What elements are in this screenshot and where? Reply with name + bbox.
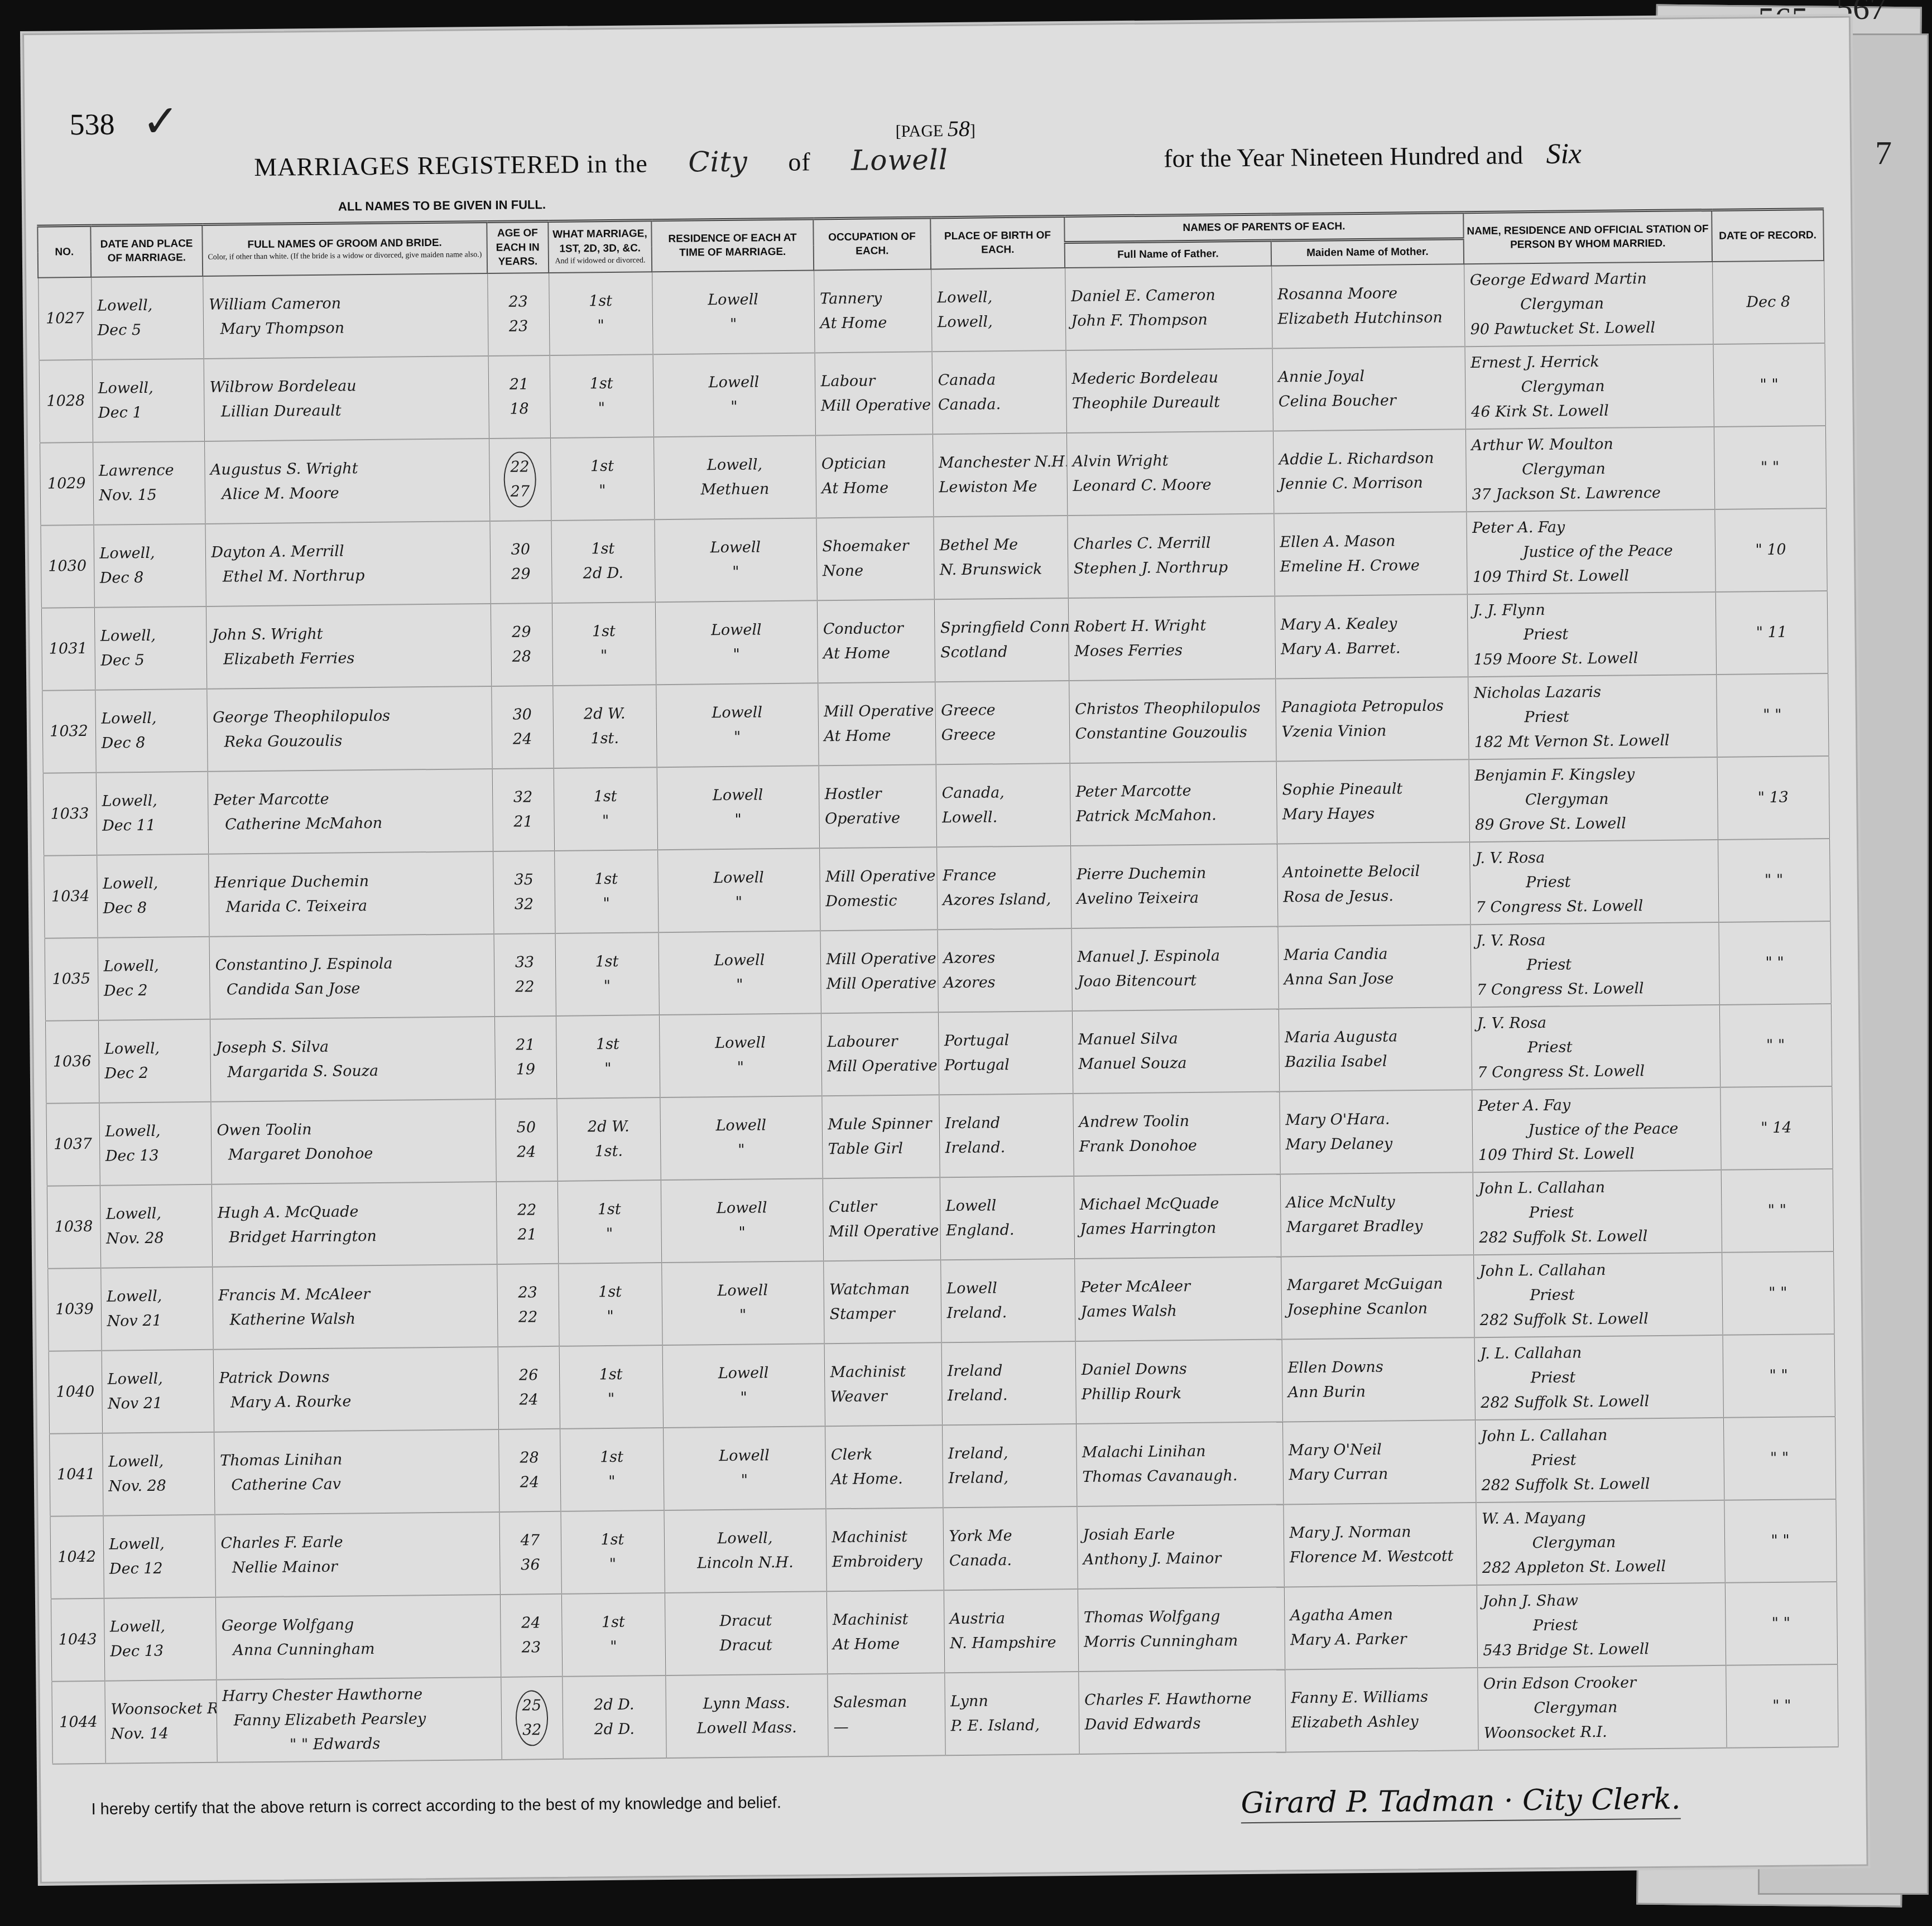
groom-father: Alvin Wright: [1073, 448, 1267, 474]
officiant-name: Arthur W. Moulton: [1472, 431, 1708, 458]
names-cell: Owen Toolin Margaret Donohoe: [210, 1099, 496, 1185]
officiant-cell: John L. Callahan Priest 282 Suffolk St. …: [1473, 1170, 1722, 1255]
officiant-title: Clergyman: [1482, 1529, 1718, 1556]
occupation-cell: Mill Operative Domestic: [819, 847, 937, 931]
groom-mother: Annie Joyal: [1278, 363, 1459, 389]
bride-age: 19: [501, 1057, 550, 1082]
entry-number-value: 1044: [57, 1710, 99, 1735]
bride-occupation: Mill Operative: [829, 1219, 934, 1244]
page-ref-label: [PAGE: [896, 122, 944, 141]
groom-father: Manuel J. Espinola: [1077, 943, 1272, 970]
birthplace-cell: France Azores Island,: [936, 846, 1071, 930]
what-marriage-cell: 1st ": [560, 1428, 664, 1511]
bride-birthplace: N. Brunswick: [940, 557, 1062, 582]
bride-mother: Rosa de Jesus.: [1283, 883, 1464, 909]
bride-age: 24: [504, 1388, 554, 1413]
marriage-place: Woonsocket R.I.: [110, 1697, 210, 1722]
bride-name: Marida C. Teixeira: [214, 893, 487, 920]
officiant-cell: J. L. Callahan Priest 282 Suffolk St. Lo…: [1474, 1335, 1723, 1420]
age-cell: 22 27: [489, 438, 551, 521]
father-cell: Manuel J. Espinola Joao Bitencourt: [1071, 926, 1278, 1011]
groom-age: 50: [501, 1115, 551, 1140]
marriage-date: Dec 11: [102, 813, 202, 839]
bride-marriage-number: ": [562, 1056, 653, 1082]
bride-marriage-number: 2d D.: [558, 561, 649, 586]
marriage-place: Lowell,: [107, 1284, 206, 1309]
bride-father: James Walsh: [1080, 1298, 1275, 1324]
what-marriage-cell: 1st ": [550, 354, 653, 438]
bride-age: 23: [493, 314, 543, 339]
date-place-cell: Lowell, Dec 5: [91, 276, 203, 360]
names-cell: Augustus S. Wright Alice M. Moore: [204, 439, 489, 524]
groom-residence: Lowell: [669, 1443, 819, 1469]
groom-father: Malachi Linihan: [1082, 1438, 1277, 1465]
age-cell: 26 24: [498, 1346, 560, 1429]
bride-occupation: Embroidery: [832, 1549, 938, 1574]
bride-father: Stephen J. Northrup: [1074, 555, 1268, 581]
subtitle: ALL NAMES TO BE GIVEN IN FULL.: [338, 198, 546, 214]
groom-age: 30: [496, 537, 545, 562]
bride-name: Margaret Donohoe: [217, 1140, 490, 1168]
officiant-name: John L. Callahan: [1481, 1422, 1718, 1449]
bride-mother: Elizabeth Ashley: [1291, 1709, 1472, 1735]
officiant-title: Priest: [1477, 1034, 1714, 1061]
date-of-record-cell: " ": [1723, 1417, 1835, 1500]
groom-marriage-number: 1st: [555, 371, 647, 397]
residence-cell: Lowell ": [654, 518, 816, 602]
birthplace-cell: Ireland Ireland.: [939, 1094, 1073, 1177]
col-header-names-label: Full Names of Groom and Bride.: [247, 237, 442, 251]
birthplace-cell: Lowell, Lowell,: [931, 268, 1065, 352]
groom-mother: Antoinette Belocil: [1283, 859, 1464, 885]
groom-father: Josiah Earle: [1083, 1521, 1277, 1547]
bride-residence: ": [669, 1467, 819, 1494]
groom-birthplace: Manchester N.H.: [939, 450, 1061, 475]
bride-residence: ": [665, 1055, 815, 1081]
bride-age: 32: [522, 1718, 542, 1742]
residence-cell: Lowell, Lincoln N.H.: [664, 1509, 826, 1593]
bride-marriage-number: ": [561, 974, 653, 999]
officiant-address: 109 Third St. Lowell: [1473, 563, 1709, 590]
bride-birthplace: England.: [946, 1217, 1068, 1243]
age-cell: 47 36: [499, 1511, 561, 1595]
occupation-cell: Labour Mill Operative: [815, 352, 933, 435]
names-cell: Constantino J. Espinola Candida San Jose: [209, 934, 494, 1019]
groom-birthplace: Portugal: [944, 1028, 1066, 1053]
what-marriage-cell: 1st ": [558, 1263, 662, 1346]
officiant-name: Peter A. Fay: [1472, 514, 1709, 541]
birthplace-cell: Bethel Me N. Brunswick: [933, 516, 1068, 599]
marriage-place: Lowell,: [106, 1201, 206, 1227]
occupation-cell: Machinist Weaver: [824, 1342, 942, 1426]
age-group: 28 24: [504, 1446, 555, 1495]
marriage-place: Lowell,: [108, 1449, 208, 1475]
father-cell: Peter McAleer James Walsh: [1074, 1256, 1281, 1341]
date-place-cell: Woonsocket R.I. Nov. 14: [104, 1680, 217, 1764]
entry-number-value: 1027: [44, 306, 85, 331]
occupation-cell: Optician At Home: [815, 434, 933, 518]
residence-cell: Lowell ": [659, 1013, 821, 1097]
entry-number-value: 1028: [45, 389, 86, 414]
groom-father: Daniel Downs: [1081, 1356, 1276, 1382]
bride-name: Alice M. Moore: [210, 480, 483, 507]
officiant-name: Orin Edson Crooker: [1483, 1670, 1720, 1697]
groom-residence: Lowell: [661, 617, 811, 643]
occupation-cell: Tannery At Home: [814, 269, 931, 353]
age-group: 21 19: [501, 1033, 551, 1082]
birthplace-cell: Greece Greece: [935, 681, 1069, 764]
what-marriage-cell: 1st ": [560, 1510, 664, 1594]
date-place-cell: Lowell, Dec 2: [98, 1019, 210, 1103]
groom-residence: Lynn Mass.: [671, 1691, 821, 1717]
residence-cell: Lowell ": [662, 1344, 825, 1428]
col-header-names-note: Color, if other than white. (If the brid…: [205, 250, 484, 263]
groom-birthplace: Ireland: [945, 1110, 1067, 1136]
residence-cell: Lowell ": [663, 1426, 825, 1510]
page-reference: [PAGE 58]: [895, 115, 975, 142]
groom-father: Pierre Duchemin: [1076, 861, 1271, 887]
bride-father: Theophile Dureault: [1072, 390, 1267, 416]
residence-cell: Lowell ": [657, 848, 820, 932]
col-header-occupation: Occupation of Each.: [813, 218, 931, 270]
bride-marriage-number: ": [564, 1221, 655, 1247]
officiant-address: 282 Suffolk St. Lowell: [1481, 1471, 1718, 1498]
bride-birthplace: Canada.: [949, 1548, 1071, 1573]
municipality-type: City: [688, 146, 748, 179]
bride-residence: ": [661, 642, 811, 668]
entry-number: 1037: [46, 1103, 99, 1186]
entry-number: 1033: [43, 773, 97, 856]
mother-cell: Margaret McGuigan Josephine Scanlon: [1281, 1255, 1474, 1339]
col-header-residence: Residence of Each at Time of Marriage.: [651, 219, 814, 272]
bride-birthplace: Ireland.: [948, 1383, 1070, 1408]
father-cell: Manuel Silva Manuel Souza: [1072, 1009, 1279, 1094]
col-header-age: Age of Each in Years.: [487, 221, 549, 273]
bride-age: 23: [506, 1635, 556, 1660]
groom-residence: Dracut: [671, 1608, 821, 1634]
marriage-place: Lowell,: [101, 706, 201, 731]
entry-number: 1030: [40, 525, 94, 608]
birthplace-cell: Lynn P. E. Island,: [944, 1672, 1079, 1755]
marriage-date: Dec 8: [102, 730, 201, 756]
bride-birthplace: Azores: [944, 970, 1066, 995]
entry-number-value: 1030: [46, 554, 88, 579]
certification-statement: I hereby certify that the above return i…: [91, 1794, 781, 1819]
col-header-what-marriage-note: And if widowed or divorced.: [551, 256, 649, 267]
names-cell: George Theophilopulos Reka Gouzoulis: [206, 686, 492, 772]
groom-father: Mederic Bordeleau: [1071, 365, 1266, 392]
birthplace-cell: Lowell Ireland.: [940, 1259, 1075, 1342]
bride-mother: Josephine Scanlon: [1287, 1296, 1468, 1322]
groom-mother: Maria Augusta: [1285, 1024, 1465, 1050]
officiant-cell: John L. Callahan Priest 282 Suffolk St. …: [1473, 1253, 1722, 1337]
marriage-date: Nov. 28: [108, 1474, 208, 1499]
birthplace-cell: Ireland, Ireland,: [942, 1424, 1076, 1508]
marriage-date: Nov 21: [107, 1308, 206, 1334]
marriage-place: Lowell,: [102, 788, 202, 814]
what-marriage-cell: 1st ": [554, 850, 658, 933]
names-cell: Francis M. McAleer Katherine Walsh: [212, 1264, 497, 1350]
marriage-place: Lowell,: [105, 1119, 205, 1144]
officiant-address: 282 Suffolk St. Lowell: [1481, 1389, 1717, 1415]
date-place-cell: Lowell, Nov 21: [102, 1350, 214, 1433]
date-place-cell: Lowell, Dec 5: [94, 606, 206, 690]
groom-residence: Lowell: [665, 1030, 815, 1056]
marriage-date: Dec 8: [103, 895, 203, 921]
father-cell: Mederic Bordeleau Theophile Dureault: [1066, 348, 1273, 433]
groom-name: Dayton A. Merrill: [211, 538, 484, 565]
bride-mother: Jennie C. Morrison: [1279, 470, 1460, 497]
bride-occupation: At Home: [823, 641, 929, 666]
title-prefix: MARRIAGES REGISTERED in the: [254, 149, 648, 181]
officiant-title: Justice of the Peace: [1472, 538, 1709, 565]
entry-number-value: 1041: [55, 1462, 97, 1487]
marriage-date: Dec 2: [104, 1061, 204, 1086]
groom-occupation: Mill Operative: [826, 946, 931, 972]
page-title: MARRIAGES REGISTERED in the City of Lowe…: [254, 143, 982, 183]
bride-name: Catherine McMahon: [214, 810, 487, 837]
entry-number: 1038: [47, 1186, 100, 1269]
officiant-address: 7 Congress St. Lowell: [1477, 1058, 1714, 1085]
mother-cell: Maria Augusta Bazilia Isabel: [1279, 1007, 1472, 1091]
date-of-record-cell: " 13: [1717, 756, 1829, 840]
officiant-address: 159 Moore St. Lowell: [1473, 646, 1710, 672]
groom-occupation: Labourer: [827, 1029, 933, 1055]
officiant-title: Justice of the Peace: [1478, 1116, 1714, 1143]
bride-age: 32: [499, 892, 549, 917]
groom-marriage-number: 1st: [555, 288, 646, 314]
col-header-no: No.: [37, 225, 91, 277]
bride-age: 21: [502, 1222, 552, 1248]
entry-number-value: 1038: [53, 1215, 94, 1240]
officiant-title: Priest: [1474, 704, 1710, 730]
bride-mother: Mary Hayes: [1282, 801, 1463, 827]
groom-marriage-number: 1st: [564, 1279, 656, 1305]
officiant-name: John L. Callahan: [1478, 1174, 1715, 1201]
birthplace-cell: Ireland Ireland.: [941, 1341, 1076, 1425]
mother-cell: Fanny E. Williams Elizabeth Ashley: [1285, 1668, 1478, 1752]
date-of-record: Dec 8: [1718, 290, 1818, 315]
groom-birthplace: Canada,: [941, 780, 1064, 806]
date-of-record-cell: " ": [1718, 839, 1830, 922]
groom-father: Christos Theophilopulos: [1075, 696, 1270, 722]
mother-cell: Sophie Pineault Mary Hayes: [1276, 759, 1469, 844]
date-place-cell: Lawrence Nov. 15: [93, 441, 205, 525]
occupation-cell: Mill Operative At Home: [818, 682, 935, 765]
col-header-what-marriage-label: What Marriage, 1st, 2d, 3d, &c.: [552, 228, 647, 255]
date-of-record-cell: " ": [1723, 1334, 1835, 1418]
residence-cell: Lowell ": [652, 270, 814, 354]
entry-number-value: 1039: [54, 1297, 95, 1322]
bride-father: Joao Bitencourt: [1078, 968, 1272, 994]
groom-marriage-number: 1st: [565, 1362, 656, 1388]
names-cell: Thomas Linihan Catherine Cav: [214, 1429, 499, 1515]
bride-birthplace: P. E. Island,: [950, 1713, 1073, 1739]
age-group: 21 18: [494, 372, 544, 422]
marriage-place: Lowell,: [99, 541, 199, 566]
groom-father: Manuel Silva: [1078, 1025, 1273, 1052]
date-of-record-cell: " ": [1714, 426, 1826, 509]
age-cell: 33 22: [494, 933, 556, 1017]
marriage-place: Lowell,: [109, 1532, 209, 1557]
what-marriage-cell: 2d W. 1st.: [556, 1097, 660, 1181]
date-place-cell: Lowell, Dec 8: [97, 854, 209, 938]
ledger-body: 1027 Lowell, Dec 5 William Cameron Mary …: [38, 261, 1838, 1764]
age-group: 32 21: [498, 785, 548, 835]
officiant-address: 89 Grove St. Lowell: [1475, 811, 1712, 837]
officiant-name: J. V. Rosa: [1476, 927, 1713, 954]
page-ref-close: ]: [970, 122, 975, 140]
mother-cell: Rosanna Moore Elizabeth Hutchinson: [1271, 264, 1464, 348]
bride-mother: Emeline H. Crowe: [1280, 553, 1461, 579]
bride-father: James Harrington: [1080, 1215, 1275, 1241]
residence-cell: Lowell ": [653, 353, 815, 437]
bride-father: Patrick McMahon.: [1076, 803, 1271, 829]
bride-occupation: At Home.: [831, 1466, 936, 1492]
occupation-cell: Shoemaker None: [816, 517, 934, 600]
mother-cell: Annie Joyal Celina Boucher: [1272, 346, 1465, 431]
age-cell: 23 22: [497, 1264, 559, 1347]
bride-mother: Celina Boucher: [1279, 388, 1459, 414]
date-of-record: " ": [1722, 702, 1822, 728]
bride-mother: Florence M. Westcott: [1290, 1544, 1470, 1570]
date-of-record-cell: " 10: [1714, 508, 1827, 592]
groom-marriage-number: 2d W.: [563, 1114, 654, 1140]
residence-cell: Lowell ": [660, 1096, 822, 1180]
officiant-address: 46 Kirk St. Lowell: [1471, 398, 1708, 425]
groom-occupation: Machinist: [833, 1607, 938, 1633]
marriage-date: Dec 13: [110, 1639, 210, 1664]
year-value: Six: [1546, 138, 1582, 170]
bride-father: Manuel Souza: [1078, 1050, 1273, 1076]
bride-occupation: Mill Operative: [826, 971, 932, 996]
date-of-record: " ": [1729, 1446, 1829, 1471]
officiant-address: 109 Third St. Lowell: [1478, 1141, 1715, 1168]
date-of-record-cell: " ": [1725, 1582, 1837, 1665]
groom-residence: Lowell: [668, 1360, 818, 1386]
bride-marriage-number: ": [564, 1304, 656, 1330]
bride-name: Ethel M. Northrup: [212, 562, 484, 590]
marriage-date: Nov. 15: [99, 483, 199, 508]
groom-father: Daniel E. Cameron: [1071, 283, 1266, 309]
bride-father: Leonard C. Moore: [1073, 473, 1267, 499]
entry-number-value: 1034: [50, 884, 91, 909]
table-row: 1044 Woonsocket R.I. Nov. 14 Harry Chest…: [51, 1664, 1838, 1764]
bride-residence: ": [658, 311, 808, 338]
officiant-title: Priest: [1476, 951, 1713, 978]
groom-name: Francis M. McAleer: [218, 1281, 491, 1308]
page-number: 538: [69, 107, 115, 142]
bride-age: 21: [498, 810, 548, 835]
date-of-record: " 13: [1723, 785, 1823, 811]
groom-marriage-number: 1st: [561, 949, 652, 975]
col-header-parents: Names of Parents of Each.: [1064, 213, 1463, 243]
groom-father: Charles F. Hawthorne: [1084, 1686, 1279, 1712]
age-group: 29 28: [497, 620, 547, 670]
bride-maiden-name: " " Edwards: [223, 1731, 496, 1758]
names-cell: Wilbrow Bordeleau Lillian Dureault: [204, 356, 489, 441]
marriage-place: Lawrence: [99, 458, 199, 484]
officiant-title: Priest: [1479, 1282, 1716, 1308]
bride-occupation: Mill Operative: [821, 393, 926, 418]
officiant-title: Priest: [1473, 621, 1710, 648]
bride-birthplace: Portugal: [944, 1052, 1066, 1078]
father-cell: Michael McQuade James Harrington: [1074, 1174, 1281, 1259]
groom-marriage-number: 1st: [560, 866, 652, 892]
bride-age: 24: [504, 1470, 554, 1495]
bride-marriage-number: ": [555, 313, 646, 339]
entry-number: 1040: [49, 1351, 102, 1434]
occupation-cell: Conductor At Home: [817, 599, 935, 683]
father-cell: Malachi Linihan Thomas Cavanaugh.: [1076, 1422, 1283, 1506]
col-header-what-marriage: What Marriage, 1st, 2d, 3d, &c. And if w…: [548, 220, 652, 273]
bride-mother: Mary A. Barret.: [1281, 635, 1462, 662]
what-marriage-cell: 1st 2d D.: [551, 519, 655, 603]
groom-marriage-number: 1st: [568, 1610, 659, 1635]
groom-birthplace: Azores: [943, 945, 1065, 971]
groom-father: Peter Marcotte: [1075, 778, 1270, 805]
bride-birthplace: Greece: [941, 722, 1063, 748]
bride-birthplace: Ireland.: [945, 1135, 1068, 1161]
groom-mother: Alice McNulty: [1286, 1189, 1467, 1215]
bride-birthplace: Ireland,: [948, 1465, 1070, 1491]
marriage-place: Lowell,: [103, 954, 203, 979]
bride-name: Margarida S. Souza: [216, 1058, 489, 1085]
marriage-place: Lowell,: [98, 375, 198, 401]
age-group: 25 32: [515, 1690, 548, 1746]
age-cell: 28 24: [498, 1429, 560, 1512]
groom-residence: Lowell,: [670, 1525, 820, 1552]
date-of-record: " ": [1728, 1280, 1828, 1306]
what-marriage-cell: 1st ": [559, 1345, 663, 1429]
marriage-place: Lowell,: [97, 293, 197, 319]
bride-residence: Methuen: [660, 476, 810, 503]
names-cell: Henrique Duchemin Marida C. Teixeira: [208, 851, 493, 937]
date-place-cell: Lowell, Dec 13: [104, 1597, 216, 1681]
entry-number: 1028: [39, 360, 93, 443]
groom-residence: Lowell: [667, 1278, 818, 1304]
age-cell: 21 19: [494, 1016, 556, 1099]
groom-age: 47: [505, 1528, 555, 1553]
bride-father: Avelino Teixeira: [1076, 885, 1271, 912]
groom-father: Andrew Toolin: [1079, 1108, 1273, 1134]
bride-birthplace: Scotland: [940, 639, 1063, 665]
bride-occupation: Stamper: [829, 1301, 935, 1327]
groom-occupation: Clerk: [831, 1442, 936, 1467]
occupation-cell: Cutler Mill Operative: [823, 1177, 940, 1261]
marriage-date: Dec 12: [109, 1556, 209, 1582]
bride-occupation: At Home: [821, 475, 927, 501]
officiant-address: 543 Bridge St. Lowell: [1483, 1636, 1719, 1663]
officiant-address: 90 Pawtucket St. Lowell: [1470, 315, 1707, 342]
groom-mother: Mary A. Kealey: [1281, 611, 1462, 637]
bride-residence: ": [659, 394, 809, 420]
bride-residence: Lincoln N.H.: [670, 1550, 820, 1576]
mother-cell: Mary A. Kealey Mary A. Barret.: [1275, 594, 1468, 678]
groom-name: Owen Toolin: [217, 1116, 489, 1143]
age-group: 24 23: [506, 1611, 556, 1660]
entry-number: 1035: [45, 938, 98, 1021]
names-cell: John S. Wright Elizabeth Ferries: [206, 604, 491, 689]
what-marriage-cell: 1st ": [556, 1015, 660, 1099]
names-cell: Peter Marcotte Catherine McMahon: [208, 769, 493, 854]
bride-residence: ": [667, 1220, 817, 1246]
groom-marriage-number: 1st: [566, 1527, 658, 1553]
what-marriage-cell: 1st ": [549, 272, 652, 355]
occupation-cell: Salesman —: [827, 1673, 945, 1756]
names-cell: Hugh A. McQuade Bridget Harrington: [212, 1182, 497, 1267]
bride-age: 22: [503, 1305, 552, 1330]
